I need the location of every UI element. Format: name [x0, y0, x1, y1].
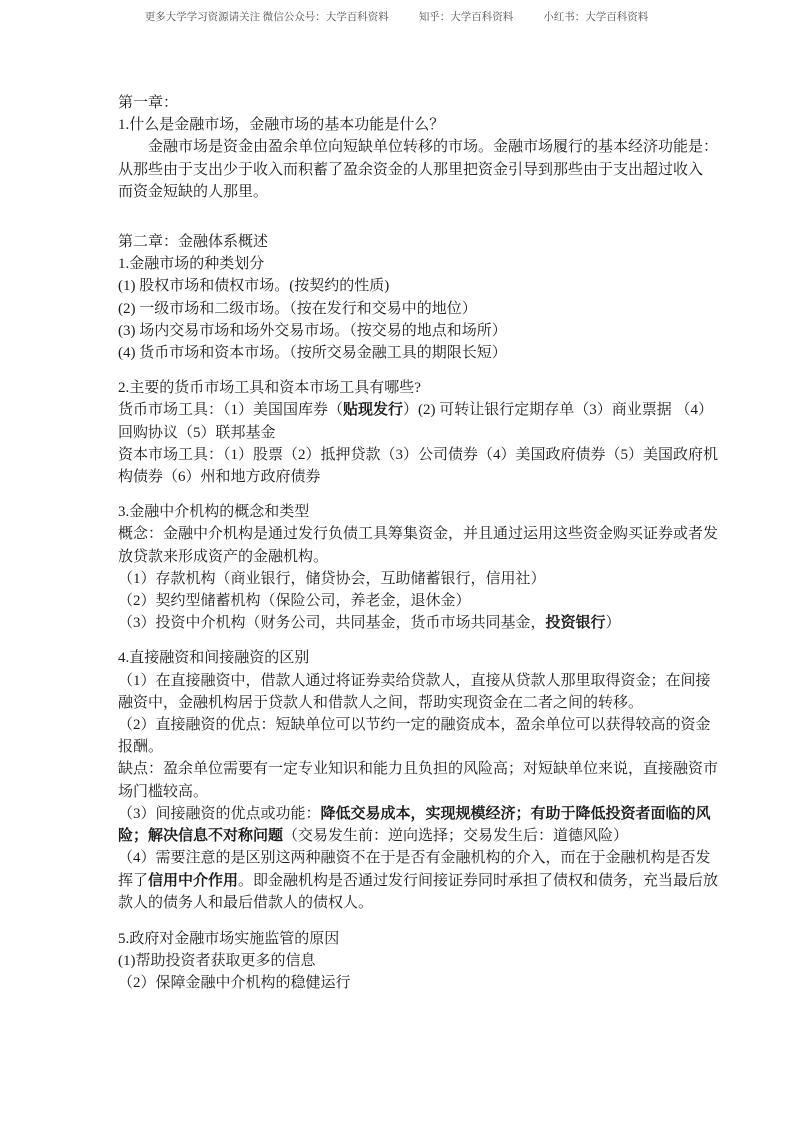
text-block: 5.政府对金融市场实施监管的原因(1)帮助投资者获取更多的信息（2）保障金融中介…	[118, 928, 684, 995]
document-body: 第一章：1.什么是金融市场，金融市场的基本功能是什么？金融市场是资金由盈余单位向…	[118, 92, 684, 995]
text-run: 金融市场是资金由盈余单位向短缺单位转移的市场。金融市场履行的基本经济功能是：	[148, 139, 718, 155]
text-line: 4.直接融资和间接融资的区别	[118, 647, 684, 669]
bold-text: 贴现发行	[343, 402, 403, 418]
text-run: （3）投资中介机构（财务公司，共同基金，货币市场共同基金，	[118, 615, 546, 631]
header-xiaohongshu-note: 小红书：大学百科资料	[543, 9, 648, 24]
text-line: （1）存款机构（商业银行，储贷协会，互助储蓄银行，信用社）	[118, 568, 684, 590]
text-line: 回购协议（5）联邦基金	[118, 422, 684, 444]
text-run: 款人的债务人和最后借款人的债权人。	[118, 895, 373, 911]
text-line: （3）间接融资的优点或功能：降低交易成本，实现规模经济；有助于降低投资者面临的风	[118, 803, 684, 825]
text-line: (1)帮助投资者获取更多的信息	[118, 950, 684, 972]
text-run: 5.政府对金融市场实施监管的原因	[118, 931, 339, 947]
text-line: 报酬。	[118, 736, 684, 758]
text-line: (2) 一级市场和二级市场。（按在发行和交易中的地位）	[118, 298, 684, 320]
text-run: ）	[606, 615, 621, 631]
text-line: 构债券（6）州和地方政府债券	[118, 466, 684, 488]
text-line: 1.金融市场的种类划分	[118, 253, 684, 275]
bold-text: 险；解决信息不对称问题	[118, 828, 283, 844]
text-run: 融资中，金融机构居于贷款人和借款人之间，帮助实现资金在二者之间的转移。	[118, 695, 643, 711]
document-header: 更多大学学习资源请关注 微信公众号：大学百科资料 知乎：大学百科资料 小红书：大…	[0, 9, 793, 24]
text-run: （1）在直接融资中，借款人通过将证券卖给贷款人，直接从贷款人那里取得资金；在间接	[118, 673, 711, 689]
text-line: 货币市场工具：（1）美国国库券（贴现发行）(2) 可转让银行定期存单（3）商业票…	[118, 399, 684, 421]
text-block: 3.金融中介机构的概念和类型概念：金融中介机构是通过发行负债工具筹集资金，并且通…	[118, 501, 684, 634]
text-line: （2）直接融资的优点：短缺单位可以节约一定的融资成本，盈余单位可以获得较高的资金	[118, 714, 684, 736]
text-run: 3.金融中介机构的概念和类型	[118, 504, 309, 520]
document-page: 更多大学学习资源请关注 微信公众号：大学百科资料 知乎：大学百科资料 小红书：大…	[0, 0, 793, 1122]
text-run: 资本市场工具：（1）股票（2）抵押贷款（3）公司债券（4）美国政府债券（5）美国…	[118, 447, 718, 463]
text-line: （4）需要注意的是区别这两种融资不在于是否有金融机构的介入，而在于金融机构是否发	[118, 847, 684, 869]
text-line: （2）保障金融中介机构的稳健运行	[118, 972, 684, 994]
text-run: (1)帮助投资者获取更多的信息	[118, 953, 316, 969]
text-line: (4) 货币市场和资本市场。（按所交易金融工具的期限长短）	[118, 342, 684, 364]
text-run: (1) 股权市场和债权市场。(按契约的性质)	[118, 278, 389, 294]
text-run: 2.主要的货币市场工具和资本市场工具有哪些?	[118, 380, 421, 396]
text-run: （3）间接融资的优点或功能：	[118, 806, 321, 822]
text-line: 金融市场是资金由盈余单位向短缺单位转移的市场。金融市场履行的基本经济功能是：	[118, 136, 684, 158]
text-line: 概念：金融中介机构是通过发行负债工具筹集资金，并且通过运用这些资金购买证券或者发	[118, 523, 684, 545]
text-run: 。即金融机构是否通过发行间接证券同时承担了债权和债务，充当最后放	[238, 873, 718, 889]
text-run: (4) 货币市场和资本市场。（按所交易金融工具的期限长短）	[118, 345, 507, 361]
text-line: 场门槛较高。	[118, 781, 684, 803]
text-line: 险；解决信息不对称问题（交易发生前：逆向选择；交易发生后：道德风险）	[118, 825, 684, 847]
text-run: 1.金融市场的种类划分	[118, 256, 264, 272]
text-line: 2.主要的货币市场工具和资本市场工具有哪些?	[118, 377, 684, 399]
text-run: 报酬。	[118, 739, 163, 755]
text-run: 从那些由于支出少于收入而积蓄了盈余资金的人那里把资金引导到那些由于支出超过收入	[118, 162, 703, 178]
text-line: 资本市场工具：（1）股票（2）抵押贷款（3）公司债券（4）美国政府债券（5）美国…	[118, 444, 684, 466]
text-line: 放贷款来形成资产的金融机构。	[118, 546, 684, 568]
header-wechat-note: 更多大学学习资源请关注 微信公众号：大学百科资料	[145, 9, 389, 24]
text-run: 缺点：盈余单位需要有一定专业知识和能力且负担的风险高；对短缺单位来说，直接融资市	[118, 761, 718, 777]
text-run: 挥了	[118, 873, 148, 889]
text-line: 第一章：	[118, 92, 684, 114]
text-line: 从那些由于支出少于收入而积蓄了盈余资金的人那里把资金引导到那些由于支出超过收入	[118, 159, 684, 181]
text-line: （2）契约型储蓄机构（保险公司，养老金，退休金）	[118, 590, 684, 612]
text-line: (1) 股权市场和债权市场。(按契约的性质)	[118, 275, 684, 297]
text-run: （2）保障金融中介机构的稳健运行	[118, 975, 351, 991]
text-run: (2) 一级市场和二级市场。（按在发行和交易中的地位）	[118, 301, 477, 317]
text-run: 第二章：金融体系概述	[118, 234, 268, 250]
header-zhihu-note: 知乎：大学百科资料	[419, 9, 514, 24]
text-block: 2.主要的货币市场工具和资本市场工具有哪些?货币市场工具：（1）美国国库券（贴现…	[118, 377, 684, 488]
text-run: （2）直接融资的优点：短缺单位可以节约一定的融资成本，盈余单位可以获得较高的资金	[118, 717, 711, 733]
text-run: （交易发生前：逆向选择；交易发生后：道德风险）	[283, 828, 628, 844]
text-run: 1.什么是金融市场，金融市场的基本功能是什么？	[118, 117, 444, 133]
text-line: 款人的债务人和最后借款人的债权人。	[118, 892, 684, 914]
text-block: 第一章：1.什么是金融市场，金融市场的基本功能是什么？金融市场是资金由盈余单位向…	[118, 92, 684, 203]
text-run: ）(2) 可转让银行定期存单（3）商业票据 （4）	[403, 402, 713, 418]
text-run: 概念：金融中介机构是通过发行负债工具筹集资金，并且通过运用这些资金购买证券或者发	[118, 526, 718, 542]
text-line: （3）投资中介机构（财务公司，共同基金，货币市场共同基金，投资银行）	[118, 612, 684, 634]
text-run: 货币市场工具：（1）美国国库券（	[118, 402, 343, 418]
text-run: 构债券（6）州和地方政府债券	[118, 469, 321, 485]
text-line: 3.金融中介机构的概念和类型	[118, 501, 684, 523]
bold-text: 投资银行	[546, 615, 606, 631]
text-run: （2）契约型储蓄机构（保险公司，养老金，退休金）	[118, 593, 471, 609]
text-run: （1）存款机构（商业银行，储贷协会，互助储蓄银行，信用社）	[118, 571, 546, 587]
text-line: (3) 场内交易市场和场外交易市场。（按交易的地点和场所）	[118, 320, 684, 342]
text-line: 第二章：金融体系概述	[118, 231, 684, 253]
text-line: 1.什么是金融市场，金融市场的基本功能是什么？	[118, 114, 684, 136]
text-line: 挥了信用中介作用。即金融机构是否通过发行间接证券同时承担了债权和债务，充当最后放	[118, 870, 684, 892]
text-run: 而资金短缺的人那里。	[118, 184, 268, 200]
bold-text: 信用中介作用	[148, 873, 238, 889]
text-run: （4）需要注意的是区别这两种融资不在于是否有金融机构的介入，而在于金融机构是否发	[118, 850, 711, 866]
text-line: 5.政府对金融市场实施监管的原因	[118, 928, 684, 950]
text-block: 第二章：金融体系概述1.金融市场的种类划分(1) 股权市场和债权市场。(按契约的…	[118, 231, 684, 364]
text-line: 融资中，金融机构居于贷款人和借款人之间，帮助实现资金在二者之间的转移。	[118, 692, 684, 714]
text-line: 缺点：盈余单位需要有一定专业知识和能力且负担的风险高；对短缺单位来说，直接融资市	[118, 758, 684, 780]
text-line: （1）在直接融资中，借款人通过将证券卖给贷款人，直接从贷款人那里取得资金；在间接	[118, 670, 684, 692]
text-line: 而资金短缺的人那里。	[118, 181, 684, 203]
text-run: 回购协议（5）联邦基金	[118, 425, 276, 441]
text-run: 第一章：	[118, 95, 178, 111]
text-run: (3) 场内交易市场和场外交易市场。（按交易的地点和场所）	[118, 323, 507, 339]
text-run: 场门槛较高。	[118, 784, 208, 800]
bold-text: 降低交易成本，实现规模经济；有助于降低投资者面临的风	[321, 806, 711, 822]
text-block: 4.直接融资和间接融资的区别（1）在直接融资中，借款人通过将证券卖给贷款人，直接…	[118, 647, 684, 913]
text-run: 放贷款来形成资产的金融机构。	[118, 549, 328, 565]
text-run: 4.直接融资和间接融资的区别	[118, 650, 309, 666]
